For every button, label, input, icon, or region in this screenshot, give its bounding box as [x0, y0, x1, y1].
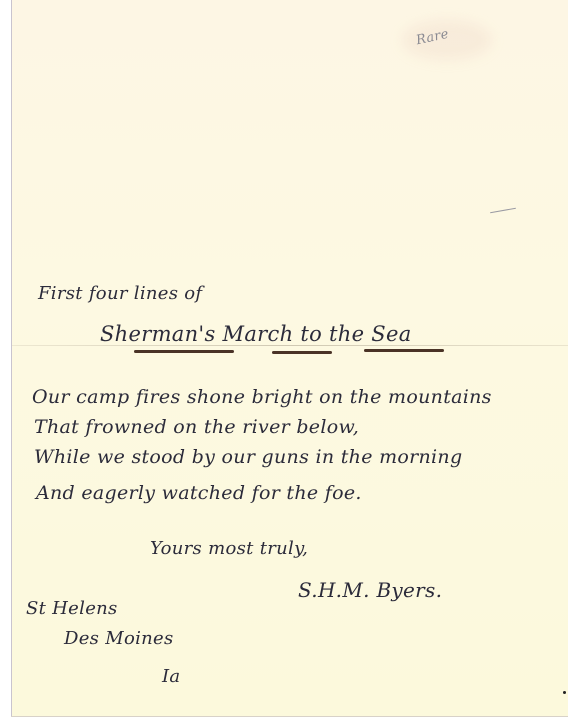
poem-line-4: And eagerly watched for the foe.	[36, 482, 362, 504]
title-underline-2	[272, 351, 332, 354]
letter-paper: Rare First four lines of Sherman's March…	[11, 0, 568, 716]
poem-line-3: While we stood by our guns in the mornin…	[34, 446, 462, 468]
title-underline-3	[364, 349, 444, 352]
address-line-3: Ia	[162, 666, 180, 687]
poem-title: Sherman's March to the Sea	[100, 322, 412, 346]
closing-text: Yours most truly,	[150, 538, 308, 559]
heading-text: First four lines of	[38, 283, 202, 304]
address-line-2: Des Moines	[64, 628, 174, 649]
title-underline-1	[134, 350, 234, 353]
poem-line-1: Our camp fires shone bright on the mount…	[32, 386, 492, 408]
signature: S.H.M. Byers.	[298, 578, 442, 602]
ink-dot	[563, 691, 566, 694]
poem-line-2: That frowned on the river below,	[34, 416, 359, 438]
address-line-1: St Helens	[26, 598, 118, 619]
stray-pencil-mark	[490, 208, 516, 213]
